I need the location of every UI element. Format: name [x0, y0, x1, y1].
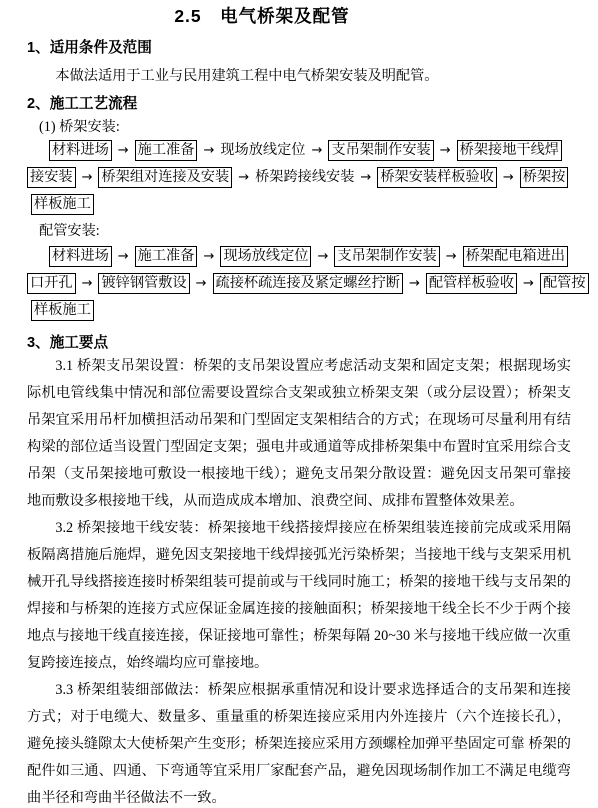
flow-arrow-icon: →: [311, 143, 322, 158]
flow-step: 桥架组对连接及安装: [98, 167, 232, 188]
flow-step: 口开孔: [27, 273, 76, 294]
flowchart-bridge-install: 材料进场→施工准备→现场放线定位→支吊架制作安装→桥架接地干线焊接安装→桥架组对…: [27, 137, 571, 218]
flow-line: 口开孔→镀锌钢管敷设→疏接杯疏连接及紧定螺丝拧断→配管样板验收→配管按: [27, 270, 571, 297]
paragraph-3-2: 3.2 桥架接地干线安装：桥架接地干线搭接焊接应在桥架组装连接前完成或采用隔板隔…: [27, 515, 571, 677]
flow-step: 施工准备: [135, 246, 198, 267]
flow-line: 材料进场→施工准备→现场放线定位→支吊架制作安装→桥架配电箱进出: [27, 243, 571, 270]
flow-arrow-icon: →: [82, 170, 93, 185]
flow-arrow-icon: →: [440, 143, 451, 158]
flowchart-1-label: (1) 桥架安装:: [27, 119, 571, 135]
flow-step: 材料进场: [49, 140, 112, 161]
flow-line: 接安装→桥架组对连接及安装→桥架跨接线安装→桥架安装样板验收→桥架按: [27, 164, 571, 191]
flow-arrow-icon: →: [203, 249, 214, 264]
flow-arrow-icon: →: [360, 170, 371, 185]
flow-arrow-icon: →: [446, 249, 457, 264]
flow-line: 样板施工: [27, 191, 571, 218]
flow-arrow-icon: →: [203, 143, 214, 158]
flow-arrow-icon: →: [118, 249, 129, 264]
flow-arrow-icon: →: [118, 143, 129, 158]
flow-step: 现场放线定位: [220, 142, 305, 159]
intro-paragraph: 本做法适用于工业与民用建筑工程中电气桥架安装及明配管。: [27, 67, 571, 86]
flow-step: 施工准备: [135, 140, 198, 161]
section-2-heading: 2、施工工艺流程: [27, 95, 571, 114]
flow-step: 现场放线定位: [220, 246, 311, 267]
flow-line: 样板施工: [27, 297, 571, 324]
section-1-heading: 1、适用条件及范围: [27, 39, 571, 58]
flow-step: 配管按: [540, 273, 589, 294]
flow-step: 桥架安装样板验收: [377, 167, 497, 188]
flow-arrow-icon: →: [503, 170, 514, 185]
flow-step: 镀锌钢管敷设: [98, 273, 189, 294]
flow-step: 材料进场: [49, 246, 112, 267]
flow-step: 接安装: [27, 167, 76, 188]
flow-step: 桥架按: [520, 167, 569, 188]
flow-step: 支吊架制作安装: [334, 246, 439, 267]
flow-step: 样板施工: [31, 300, 94, 321]
flow-arrow-icon: →: [82, 276, 93, 291]
flow-step: 样板施工: [31, 194, 94, 215]
flow-arrow-icon: →: [196, 276, 207, 291]
flow-arrow-icon: →: [409, 276, 420, 291]
flow-arrow-icon: →: [238, 170, 249, 185]
flow-arrow-icon: →: [317, 249, 328, 264]
flow-step: 桥架接地干线焊: [457, 140, 562, 161]
paragraph-3-1: 3.1 桥架支吊架设置：桥架的支吊架设置应考虑活动支架和固定支架；根据现场实际机…: [27, 353, 571, 515]
document-page: 2.5 电气桥架及配管 1、适用条件及范围 本做法适用于工业与民用建筑工程中电气…: [0, 0, 598, 808]
flow-step: 桥架跨接线安装: [255, 169, 354, 186]
flow-step: 配管样板验收: [426, 273, 517, 294]
document-title: 2.5 电气桥架及配管: [27, 4, 571, 28]
paragraph-3-3: 3.3 桥架组装细部做法：桥架应根据承重情况和设计要求选择适合的支吊架和连接方式…: [27, 677, 571, 808]
section-3-heading: 3、施工要点: [27, 334, 571, 353]
flow-step: 桥架配电箱进出: [463, 246, 568, 267]
flow-arrow-icon: →: [523, 276, 534, 291]
flow-step: 支吊架制作安装: [328, 140, 433, 161]
flowchart-conduit-install: 材料进场→施工准备→现场放线定位→支吊架制作安装→桥架配电箱进出口开孔→镀锌钢管…: [27, 243, 571, 324]
flow-line: 材料进场→施工准备→现场放线定位→支吊架制作安装→桥架接地干线焊: [27, 137, 571, 164]
flowchart-2-label: 配管安装:: [27, 223, 571, 239]
flow-step: 疏接杯疏连接及紧定螺丝拧断: [213, 273, 403, 294]
